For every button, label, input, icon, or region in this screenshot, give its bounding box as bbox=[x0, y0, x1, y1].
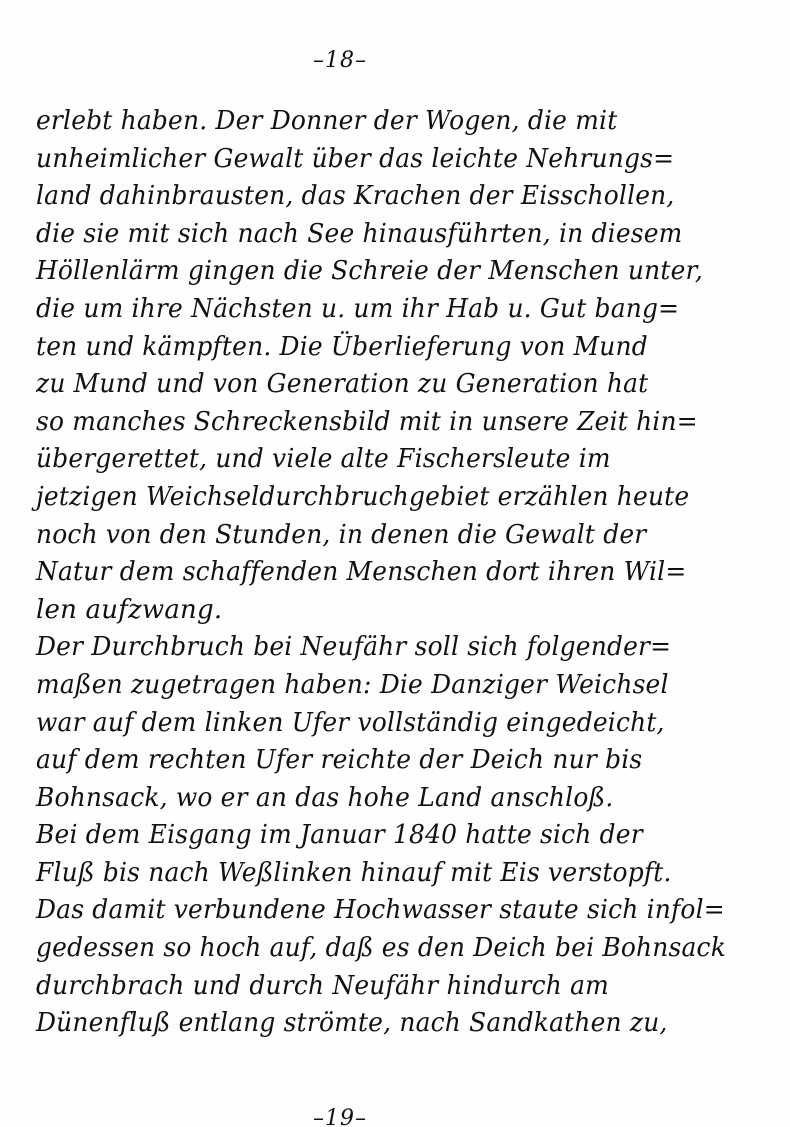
text-line-2: unheimlicher Gewalt über das leichte Neh… bbox=[36, 141, 726, 179]
page-number-bottom: –19– bbox=[0, 1106, 680, 1127]
text-line-21: Fluß bis nach Weßlinken hinauf mit Eis v… bbox=[36, 855, 726, 893]
text-line-6: die um ihre Nächsten u. um ihr Hab u. Gu… bbox=[36, 291, 726, 329]
text-line-22: Das damit verbundene Hochwasser staute s… bbox=[36, 892, 726, 930]
text-line-1: erlebt haben. Der Donner der Wogen, die … bbox=[36, 103, 726, 141]
text-line-24: durchbrach und durch Neufähr hindurch am bbox=[36, 968, 726, 1006]
text-line-3: land dahinbrausten, das Krachen der Eiss… bbox=[36, 178, 726, 216]
text-line-7: ten und kämpften. Die Überlieferung von … bbox=[36, 329, 726, 367]
text-line-11: jetzigen Weichseldurchbruchgebiet erzähl… bbox=[36, 479, 726, 517]
text-line-18: auf dem rechten Ufer reichte der Deich n… bbox=[36, 742, 726, 780]
text-line-5: Höllenlärm gingen die Schreie der Mensch… bbox=[36, 253, 726, 291]
text-line-23: gedessen so hoch auf, daß es den Deich b… bbox=[36, 930, 726, 968]
text-line-16: maßen zugetragen haben: Die Danziger Wei… bbox=[36, 667, 726, 705]
text-line-14: len aufzwang. bbox=[36, 592, 756, 630]
text-line-19: Bohnsack, wo er an das hohe Land anschlo… bbox=[36, 780, 726, 818]
text-line-20: Bei dem Eisgang im Januar 1840 hatte sic… bbox=[36, 817, 726, 855]
text-line-9: so manches Schreckensbild mit in unsere … bbox=[36, 404, 726, 442]
text-line-8: zu Mund und von Generation zu Generation… bbox=[36, 366, 726, 404]
text-line-25: Dünenfluß entlang strömte, nach Sandkath… bbox=[36, 1005, 726, 1043]
text-line-10: übergerettet, und viele alte Fischersleu… bbox=[36, 441, 726, 479]
text-line-4: die sie mit sich nach See hinausführten,… bbox=[36, 216, 726, 254]
text-line-15: Der Durchbruch bei Neufähr soll sich fol… bbox=[36, 629, 726, 667]
manuscript-page: –18– erlebt haben. Der Donner der Wogen,… bbox=[0, 0, 790, 1127]
text-line-12: noch von den Stunden, in denen die Gewal… bbox=[36, 517, 726, 555]
page-number-top: –18– bbox=[0, 48, 680, 73]
text-line-17: war auf dem linken Ufer vollständig eing… bbox=[36, 705, 726, 743]
handwritten-body-text: erlebt haben. Der Donner der Wogen, die … bbox=[36, 103, 756, 1043]
text-line-13: Natur dem schaffenden Menschen dort ihre… bbox=[36, 554, 726, 592]
